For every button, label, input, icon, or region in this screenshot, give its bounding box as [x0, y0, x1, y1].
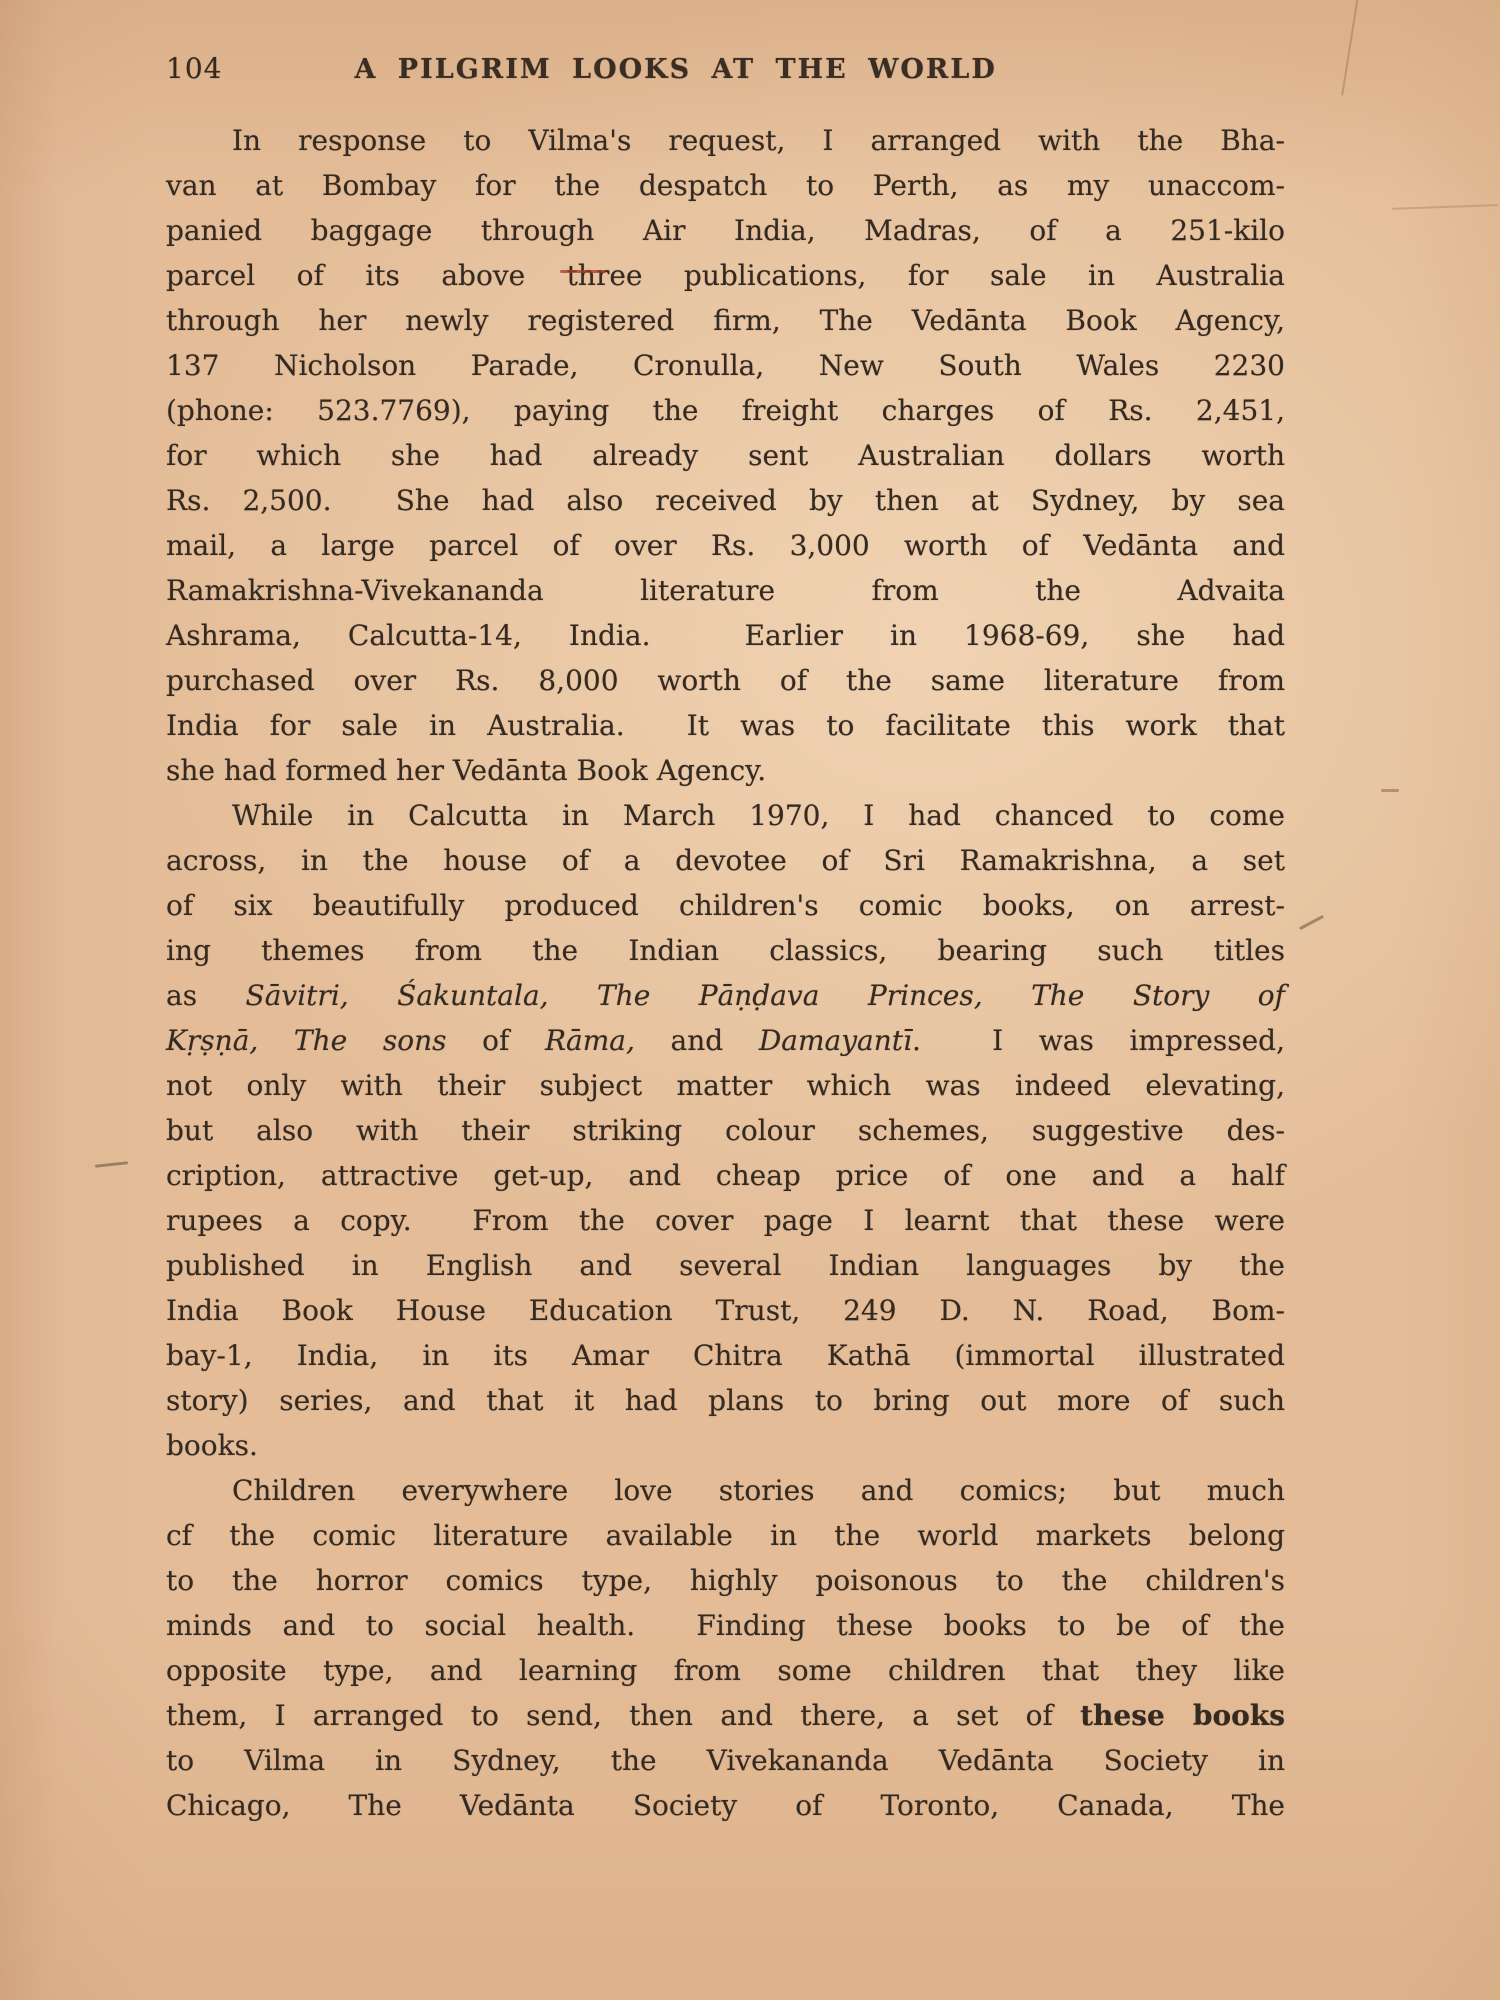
text-line: In response to Vilma's request, I arrang…: [166, 118, 1285, 163]
text-line: but also with their striking colour sche…: [166, 1108, 1285, 1153]
text-line: opposite type, and learning from some ch…: [166, 1648, 1285, 1693]
text-line: bay-1, India, in its Amar Chitra Kathā (…: [166, 1333, 1285, 1378]
text-line: Ramakrishna-Vivekananda literature from …: [166, 568, 1285, 613]
text-line: India for sale in Australia. It was to f…: [166, 703, 1285, 748]
page-body: In response to Vilma's request, I arrang…: [166, 118, 1285, 1828]
text-line: as Sāvitri, Śakuntala, The Pāṇḍava Princ…: [166, 973, 1285, 1018]
text-line: panied baggage through Air India, Madras…: [166, 208, 1285, 253]
text-line: Ashrama, Calcutta-14, India. Earlier in …: [166, 613, 1285, 658]
text-line: Children everywhere love stories and com…: [166, 1468, 1285, 1513]
text-line: to the horror comics type, highly poison…: [166, 1558, 1285, 1603]
running-title: A PILGRIM LOOKS AT THE WORLD: [354, 53, 996, 87]
scan-crease-top-right: [1341, 0, 1359, 96]
red-ink-mark: [560, 270, 606, 273]
text-line: India Book House Education Trust, 249 D.…: [166, 1288, 1285, 1333]
scan-crease-right: [1392, 204, 1498, 210]
text-line: to Vilma in Sydney, the Vivekananda Vedā…: [166, 1738, 1285, 1783]
text-line: Chicago, The Vedānta Society of Toronto,…: [166, 1783, 1285, 1828]
text-line: While in Calcutta in March 1970, I had c…: [166, 793, 1285, 838]
margin-hyphen-mark: [1381, 789, 1399, 792]
text-line: through her newly registered firm, The V…: [166, 298, 1285, 343]
text-line: Rs. 2,500. She had also received by then…: [166, 478, 1285, 523]
text-line: minds and to social health. Finding thes…: [166, 1603, 1285, 1648]
text-line: Kṛṣṇā, The sons of Rāma, and Damayantī. …: [166, 1018, 1285, 1063]
margin-tick-mark: [1299, 915, 1324, 930]
text-line: across, in the house of a devotee of Sri…: [166, 838, 1285, 883]
text-line: cription, attractive get-up, and cheap p…: [166, 1153, 1285, 1198]
text-line: books.: [166, 1423, 1285, 1468]
text-line: ing themes from the Indian classics, bea…: [166, 928, 1285, 973]
text-line: (phone: 523.7769), paying the freight ch…: [166, 388, 1285, 433]
text-line: cf the comic literature available in the…: [166, 1513, 1285, 1558]
margin-dash-mark: [95, 1161, 128, 1167]
text-line: for which she had already sent Australia…: [166, 433, 1285, 478]
text-line: rupees a copy. From the cover page I lea…: [166, 1198, 1285, 1243]
page-number: 104: [166, 52, 222, 86]
text-line: 137 Nicholson Parade, Cronulla, New Sout…: [166, 343, 1285, 388]
text-line: of six beautifully produced children's c…: [166, 883, 1285, 928]
text-line: she had formed her Vedānta Book Agency.: [166, 748, 1285, 793]
text-line: mail, a large parcel of over Rs. 3,000 w…: [166, 523, 1285, 568]
book-page-scan: 104 A PILGRIM LOOKS AT THE WORLD In resp…: [0, 0, 1500, 2000]
running-head: 104 A PILGRIM LOOKS AT THE WORLD: [166, 52, 1285, 87]
text-line: purchased over Rs. 8,000 worth of the sa…: [166, 658, 1285, 703]
text-line: story) series, and that it had plans to …: [166, 1378, 1285, 1423]
text-line: van at Bombay for the despatch to Perth,…: [166, 163, 1285, 208]
text-line: not only with their subject matter which…: [166, 1063, 1285, 1108]
text-line: parcel of its above three publications, …: [166, 253, 1285, 298]
text-line: published in English and several Indian …: [166, 1243, 1285, 1288]
text-line: them, I arranged to send, then and there…: [166, 1693, 1285, 1738]
